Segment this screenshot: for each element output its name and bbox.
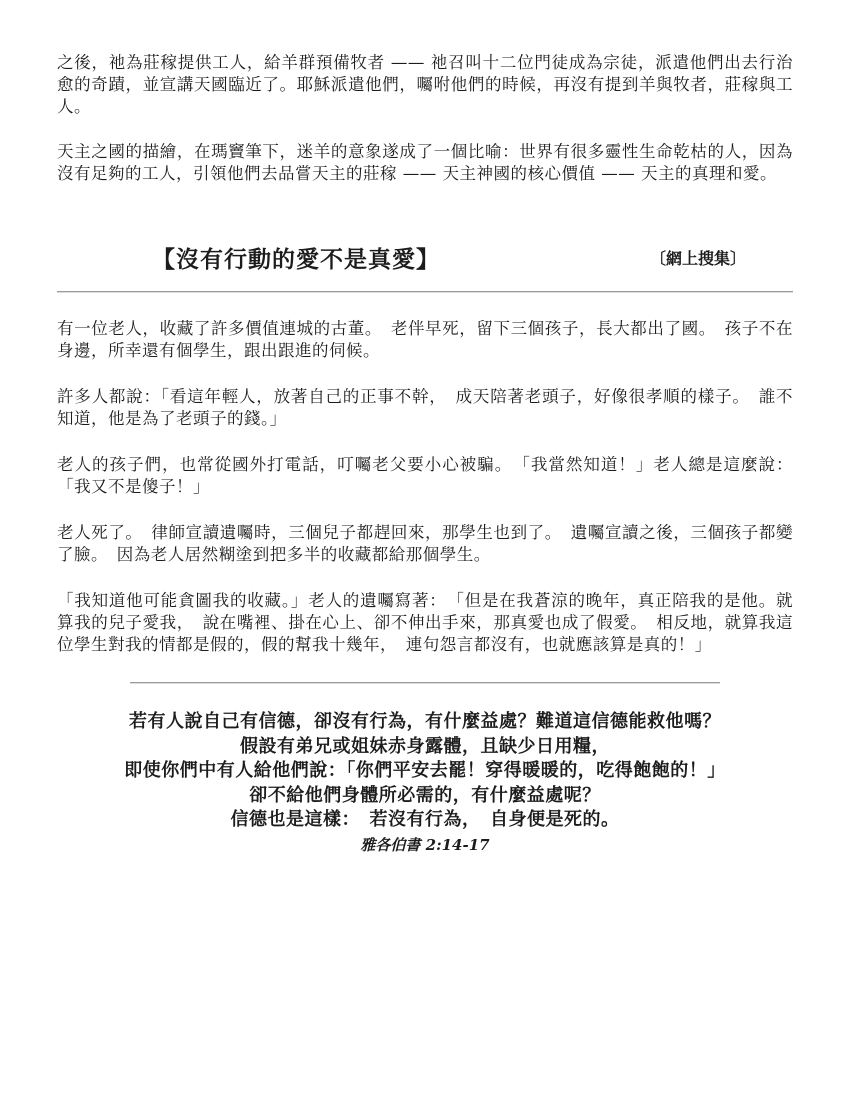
story-paragraph-5: 「我知道他可能貪圖我的收藏。」老人的遺囑寫著： 「但是在我蒼涼的晚年，真正陪我的… [57, 590, 793, 656]
story-title: 【沒有行動的愛不是真愛】 [152, 241, 440, 274]
story-paragraph-4: 老人死了。 律師宣讀遺囑時，三個兒子都趕回來，那學生也到了。 遺囑宣讀之後，三個… [57, 522, 793, 566]
scripture-line-5: 信德也是這樣： 若沒有行為， 自身便是死的。 [57, 808, 793, 833]
scripture-line-3: 即使你們中有人給他們說：「你們平安去罷！穿得暖暖的，吃得飽飽的！」 [57, 759, 793, 784]
scripture-quote-block: 若有人說自己有信德，卻沒有行為，有什麼益處？難道這信德能救他嗎？ 假設有弟兄或姐… [57, 710, 793, 855]
story-source-attribution: 〔網上搜集〕 [650, 246, 746, 269]
story-title-row: 【沒有行動的愛不是真愛】 〔網上搜集〕 [57, 241, 793, 273]
scripture-line-2: 假設有弟兄或姐妹赤身露體，且缺少日用糧， [57, 735, 793, 760]
top-section-divider [57, 291, 793, 293]
intro-paragraph-1: 之後，祂為莊稼提供工人，給羊群預備牧者 —— 祂召叫十二位門徒成為宗徒，派遣他們… [57, 52, 793, 118]
scripture-citation: 雅各伯書 2:14-17 [57, 835, 793, 855]
intro-paragraph-2: 天主之國的描繪，在瑪竇筆下，迷羊的意象遂成了一個比喻：世界有很多靈性生命乾枯的人… [57, 141, 793, 185]
story-paragraph-2: 許多人都說：「看這年輕人，放著自己的正事不幹， 成天陪著老頭子，好像很孝順的樣子… [57, 386, 793, 430]
document-page: 之後，祂為莊稼提供工人，給羊群預備牧者 —— 祂召叫十二位門徒成為宗徒，派遣他們… [0, 0, 850, 1100]
story-paragraph-3: 老人的孩子們，也常從國外打電話，叮囑老父要小心被騙。 「我當然知道！」老人總是這… [57, 454, 793, 498]
scripture-line-4: 卻不給他們身體所必需的，有什麼益處呢？ [57, 784, 793, 809]
story-paragraph-1: 有一位老人，收藏了許多價值連城的古董。 老伴早死，留下三個孩子，長大都出了國。 … [57, 318, 793, 362]
bottom-section-divider [130, 682, 720, 684]
scripture-line-1: 若有人說自己有信德，卻沒有行為，有什麼益處？難道這信德能救他嗎？ [57, 710, 793, 735]
